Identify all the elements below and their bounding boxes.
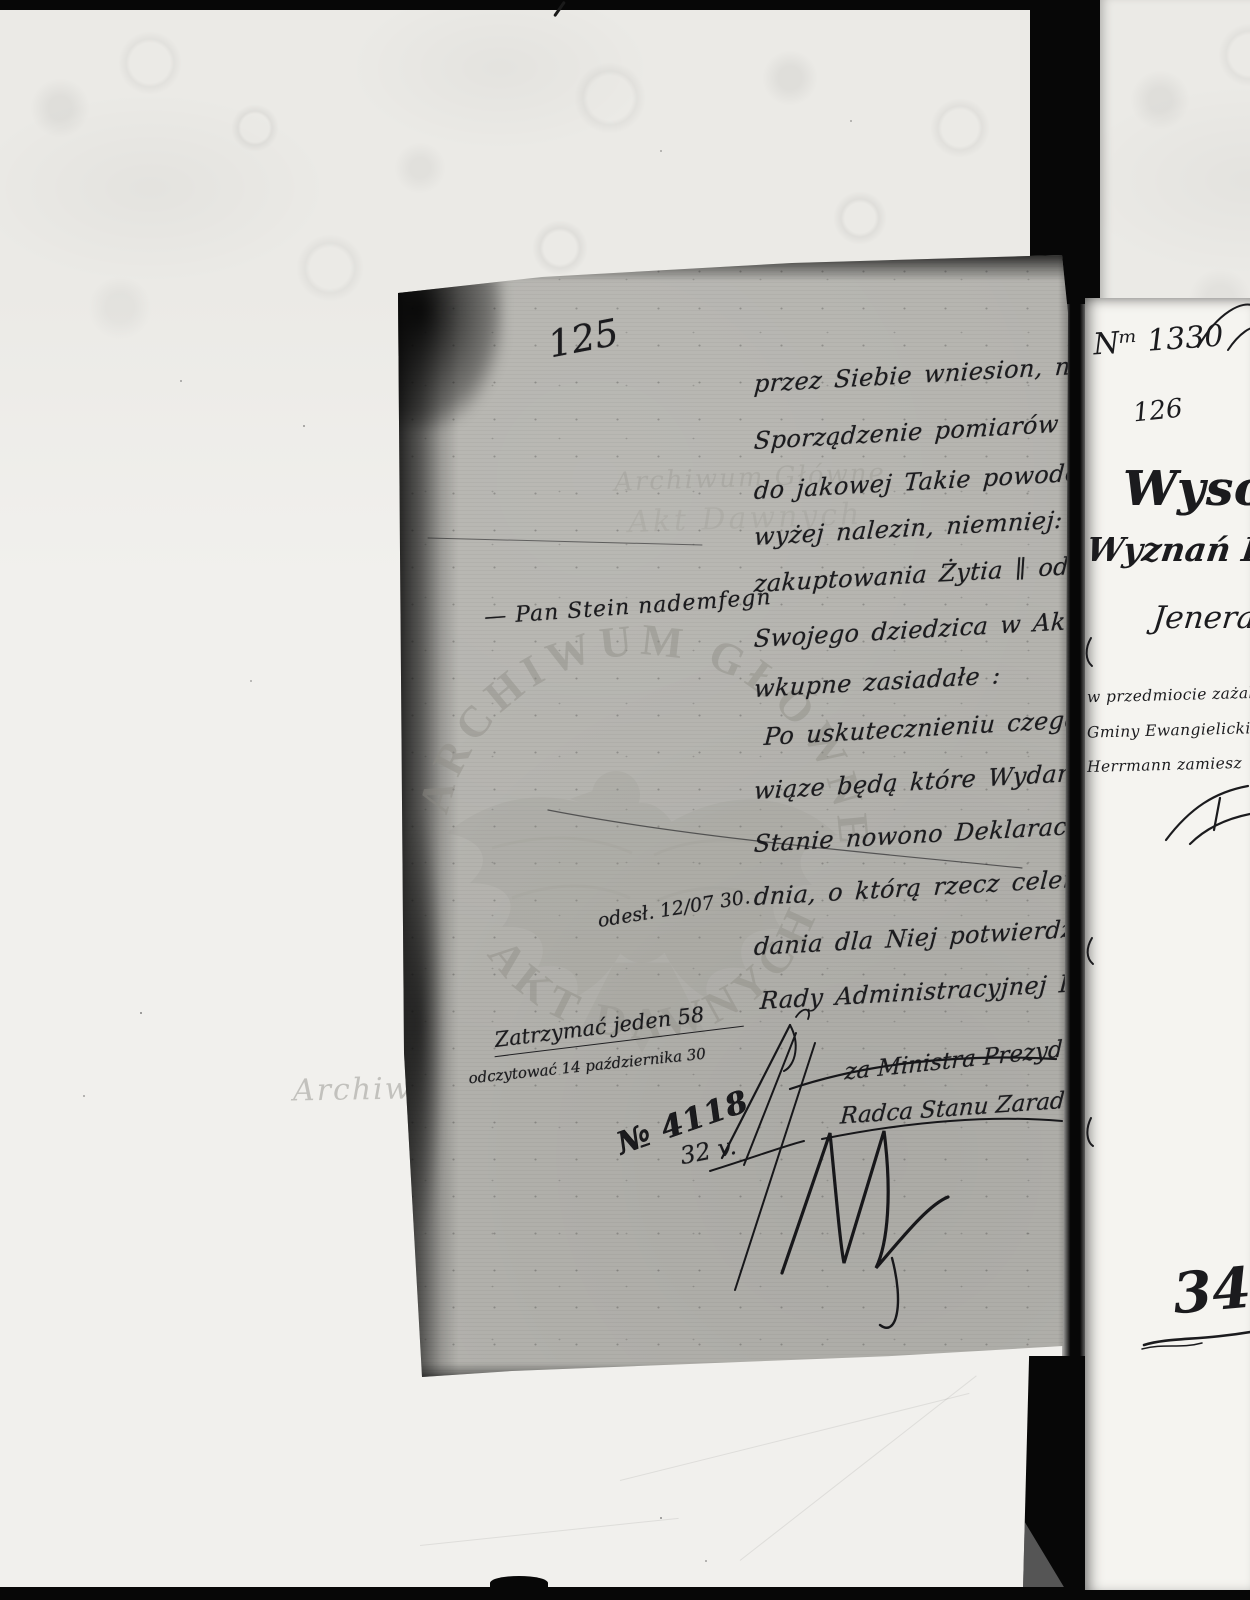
film-edge-bottom bbox=[0, 1587, 1250, 1600]
body-line: Gminy Ewangielickiej w bbox=[1087, 718, 1250, 741]
crossed-out-scribble bbox=[1140, 1323, 1250, 1353]
signature-line: Radca Stanu Zaradin bbox=[839, 1086, 1087, 1129]
heading-line-1: Wysok bbox=[1123, 461, 1250, 517]
body-line: Herrmann zamiesz bbox=[1087, 754, 1243, 776]
signature-flourish bbox=[1160, 778, 1250, 848]
corner-number: 34 bbox=[1170, 1255, 1250, 1328]
microfilm-frame: Archiwum Nᵐ 1330 126 Wysok Wyznań R Jene… bbox=[0, 0, 1250, 1600]
adjacent-page: Nᵐ 1330 126 Wysok Wyznań R Jenera w prze… bbox=[1085, 298, 1250, 1590]
film-edge-top bbox=[0, 0, 1040, 10]
body-line: w przedmiocie zażale bbox=[1087, 684, 1250, 707]
heading-line-3: Jenera bbox=[1151, 600, 1250, 636]
cut-word-fragments bbox=[1083, 598, 1095, 1218]
paraph-descender bbox=[880, 1258, 898, 1328]
page-number-main: 125 bbox=[545, 311, 623, 367]
marbled-endpaper-right bbox=[1100, 0, 1250, 305]
document-number: Nᵐ 1330 bbox=[1092, 318, 1225, 362]
page-number-right: 126 bbox=[1132, 393, 1185, 428]
manuscript-page: ARCHIWUM GŁÓWNE AKT DAWNYCH Archiwum G bbox=[392, 253, 1070, 1383]
scratch-line bbox=[428, 538, 702, 545]
paraph-signature bbox=[782, 1131, 948, 1273]
dust-specks bbox=[140, 1012, 142, 1014]
heading-line-2: Wyznań R bbox=[1084, 530, 1250, 569]
film-edge-blemish bbox=[490, 1576, 548, 1590]
